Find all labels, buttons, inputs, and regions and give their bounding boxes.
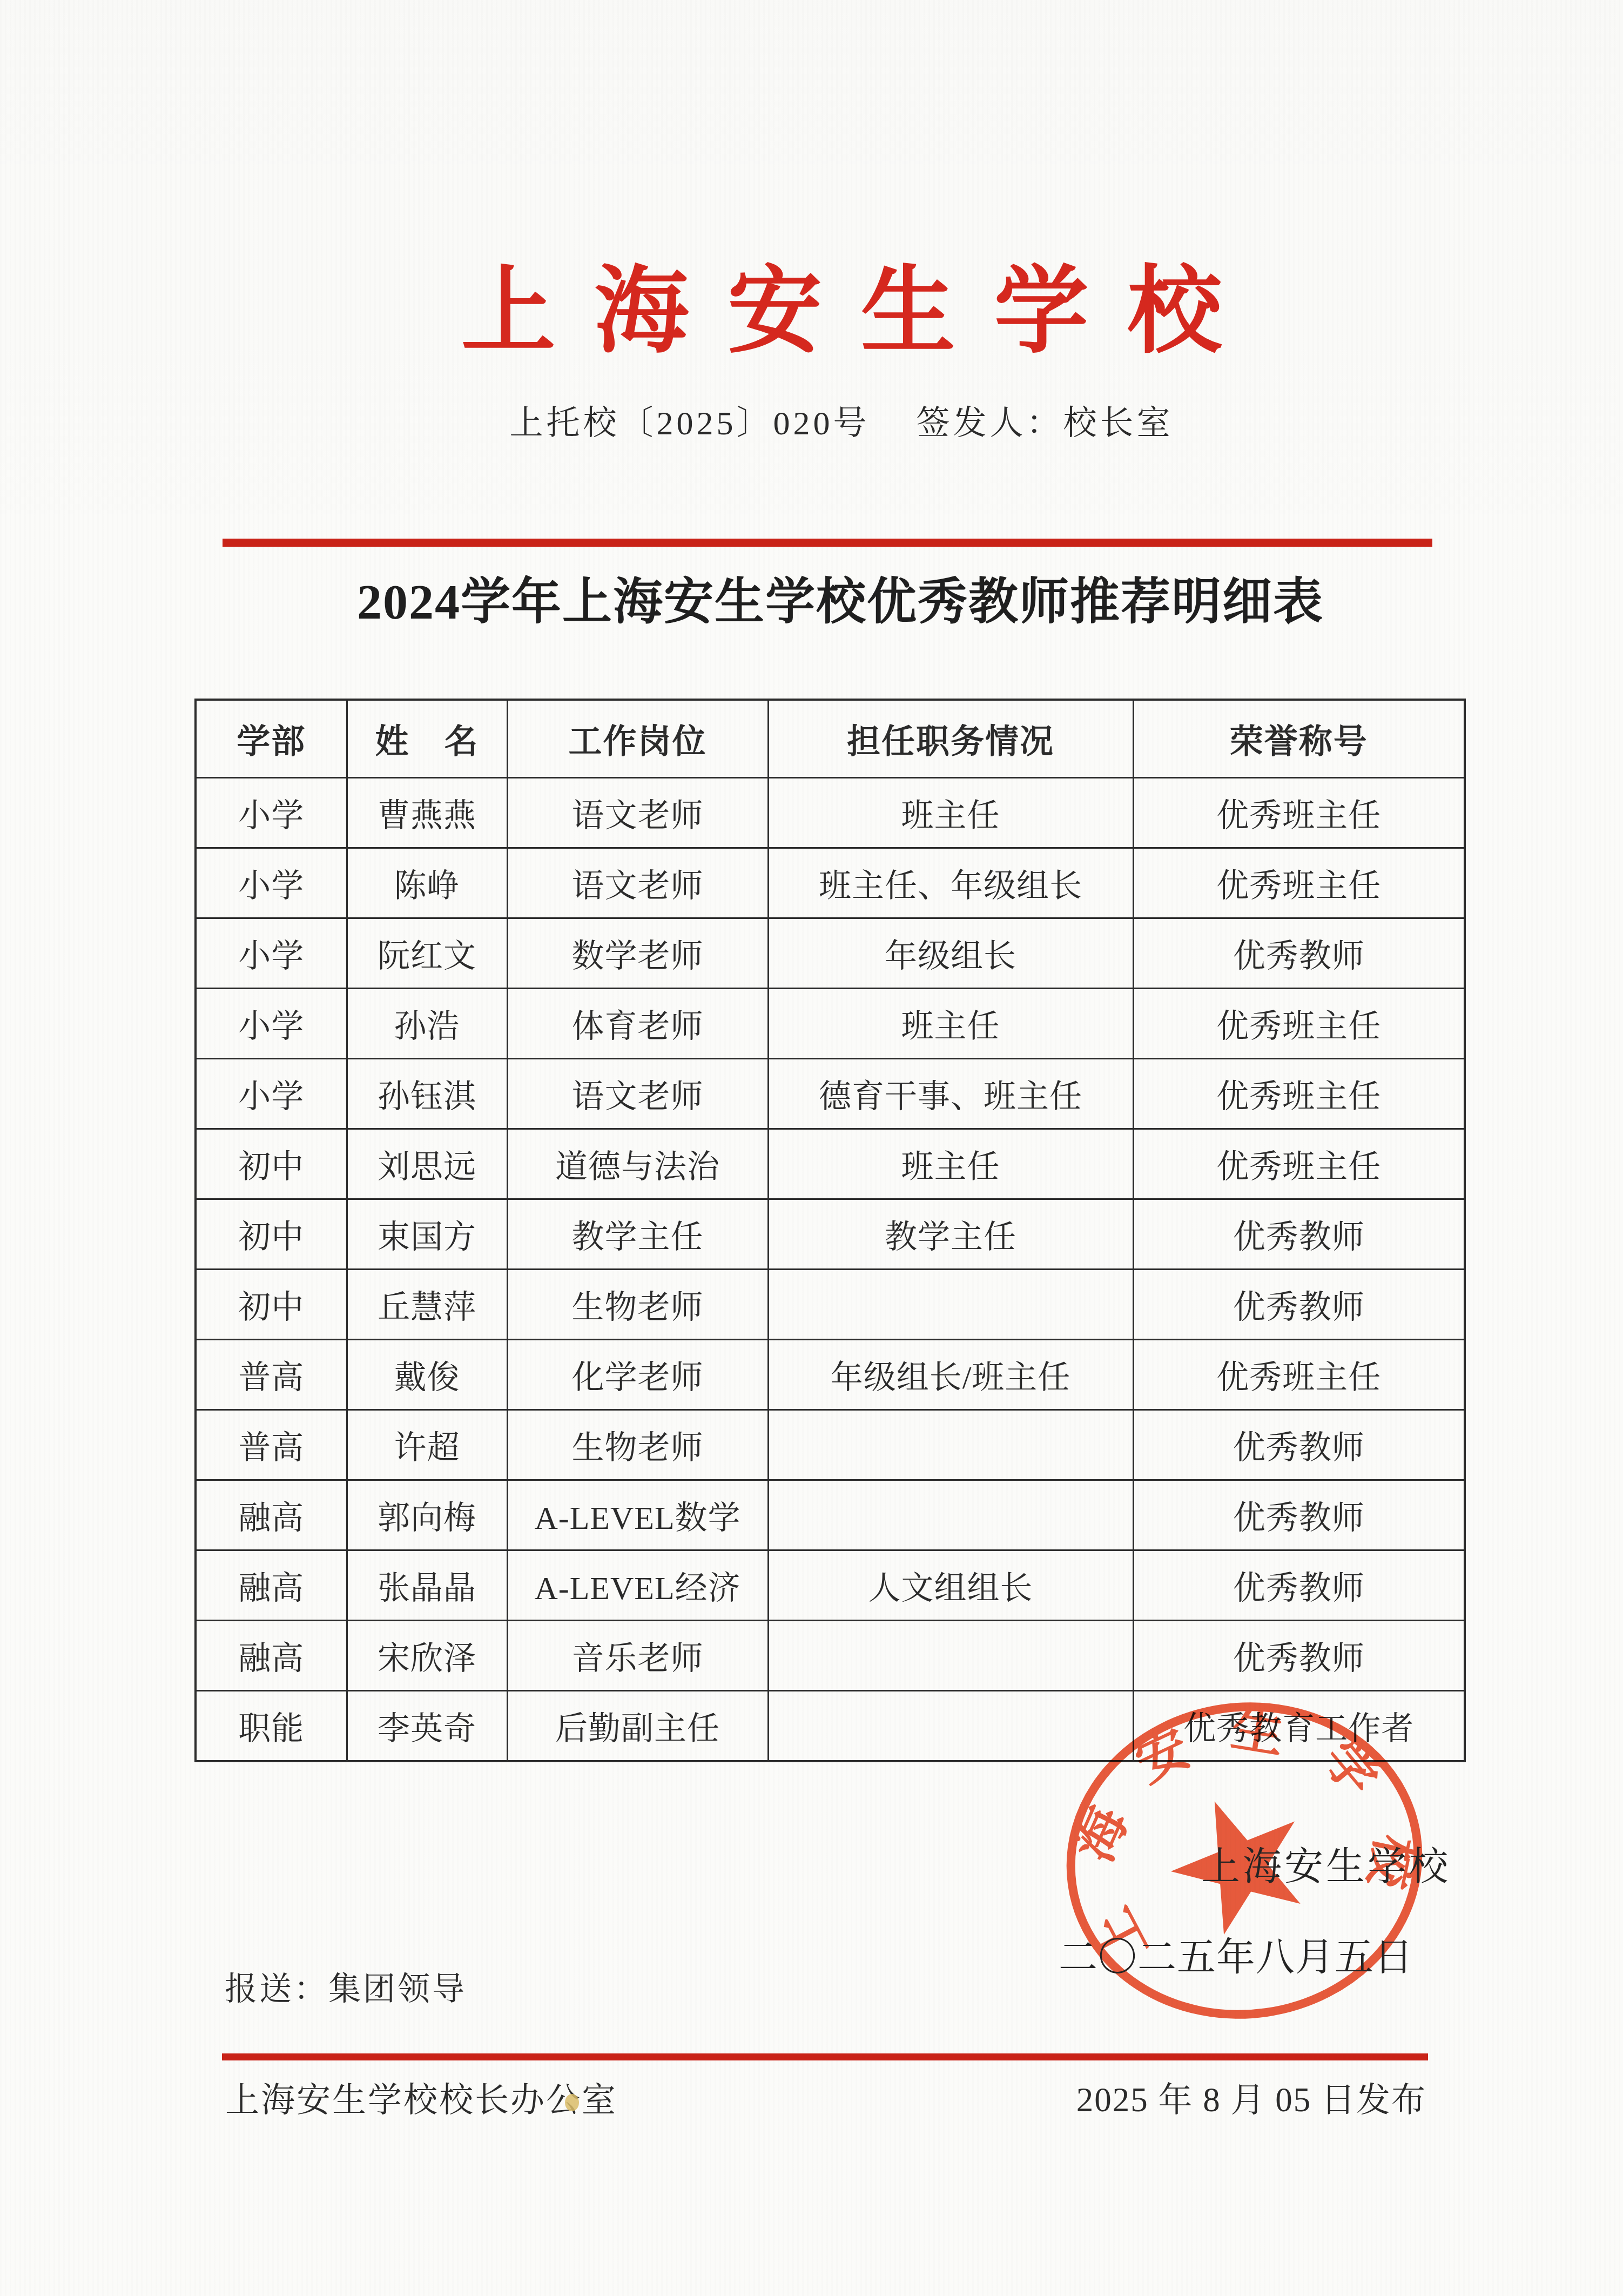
table-cell: 年级组长 bbox=[768, 918, 1133, 989]
table-cell: 班主任 bbox=[768, 778, 1133, 848]
table-cell: 教学主任 bbox=[507, 1199, 768, 1270]
table-cell: 生物老师 bbox=[507, 1410, 768, 1480]
table-cell: 化学老师 bbox=[507, 1340, 768, 1410]
column-header: 工作岗位 bbox=[507, 700, 768, 778]
signature-school-name: 上海安生学校 bbox=[1201, 1835, 1451, 1891]
table-cell: 优秀教师 bbox=[1133, 1199, 1465, 1270]
issuer-label: 签发人：校长室 bbox=[917, 405, 1174, 442]
table-row: 普高许超生物老师优秀教师 bbox=[196, 1410, 1465, 1480]
table-cell: 生物老师 bbox=[507, 1270, 768, 1340]
table-body: 小学曹燕燕语文老师班主任优秀班主任小学陈峥语文老师班主任、年级组长优秀班主任小学… bbox=[196, 778, 1465, 1762]
table-cell: 初中 bbox=[196, 1129, 347, 1199]
table-cell: 小学 bbox=[196, 918, 347, 989]
table-cell: 郭向梅 bbox=[347, 1480, 507, 1550]
masthead-red-rule bbox=[223, 539, 1432, 547]
footer-red-rule bbox=[222, 2053, 1428, 2060]
table-cell: 优秀教师 bbox=[1133, 1480, 1465, 1550]
table-cell: 优秀班主任 bbox=[1133, 1129, 1465, 1199]
table-cell: 优秀班主任 bbox=[1133, 989, 1465, 1059]
table-cell bbox=[768, 1410, 1133, 1480]
table-cell: 语文老师 bbox=[507, 778, 768, 848]
table-cell: 小学 bbox=[196, 778, 347, 848]
table-cell: 刘思远 bbox=[347, 1129, 507, 1199]
table-row: 小学陈峥语文老师班主任、年级组长优秀班主任 bbox=[196, 848, 1465, 918]
table-cell: 语文老师 bbox=[507, 848, 768, 918]
table-cell bbox=[768, 1621, 1133, 1691]
official-document-page: 上 海 安 生 学 校 上托校〔2025〕020号签发人：校长室 2024学年上… bbox=[0, 0, 1623, 2296]
table-cell: 班主任、年级组长 bbox=[768, 848, 1133, 918]
table-cell: 普高 bbox=[196, 1340, 347, 1410]
column-header: 担任职务情况 bbox=[768, 700, 1133, 778]
table-cell: 融高 bbox=[196, 1621, 347, 1691]
table-cell bbox=[768, 1480, 1133, 1550]
table-cell: 优秀教师 bbox=[1133, 1270, 1465, 1340]
table-cell: 孙浩 bbox=[347, 989, 507, 1059]
table-cell: 优秀班主任 bbox=[1133, 1059, 1465, 1129]
masthead-school-name: 上 海 安 生 学 校 bbox=[461, 236, 1230, 371]
table-cell: 丘慧萍 bbox=[347, 1270, 507, 1340]
table-row: 小学阮红文数学老师年级组长优秀教师 bbox=[196, 918, 1465, 989]
table-row: 小学曹燕燕语文老师班主任优秀班主任 bbox=[196, 778, 1465, 848]
table-cell: 陈峥 bbox=[347, 848, 507, 918]
footer-publish-date: 2025 年 8 月 05 日发布 bbox=[1076, 2072, 1426, 2122]
table-cell: 优秀教师 bbox=[1133, 1621, 1465, 1691]
table-cell: 班主任 bbox=[768, 989, 1133, 1059]
table-cell: 小学 bbox=[196, 848, 347, 918]
table-cell: 人文组组长 bbox=[768, 1550, 1133, 1621]
table-cell: A-LEVEL数学 bbox=[507, 1480, 768, 1550]
table-cell: 融高 bbox=[196, 1550, 347, 1621]
column-header: 荣誉称号 bbox=[1133, 700, 1465, 778]
table-cell: 融高 bbox=[196, 1480, 347, 1550]
table-row: 小学孙浩体育老师班主任优秀班主任 bbox=[196, 989, 1465, 1059]
table-cell: 阮红文 bbox=[347, 918, 507, 989]
footer-issuing-office: 上海安生学校校长办公室 bbox=[225, 2072, 617, 2122]
table-cell: 职能 bbox=[196, 1691, 347, 1762]
distribution-line: 报送：集团领导 bbox=[225, 1963, 467, 2010]
table-cell: 班主任 bbox=[768, 1129, 1133, 1199]
table-cell: 初中 bbox=[196, 1199, 347, 1270]
table-row: 融高郭向梅A-LEVEL数学优秀教师 bbox=[196, 1480, 1465, 1550]
table-row: 融高张晶晶A-LEVEL经济人文组组长优秀教师 bbox=[196, 1550, 1465, 1621]
table-cell: A-LEVEL经济 bbox=[507, 1550, 768, 1621]
table-cell: 曹燕燕 bbox=[347, 778, 507, 848]
table-cell: 优秀班主任 bbox=[1133, 848, 1465, 918]
table-cell: 优秀教师 bbox=[1133, 1410, 1465, 1480]
table-cell: 许超 bbox=[347, 1410, 507, 1480]
table-row: 初中刘思远道德与法治班主任优秀班主任 bbox=[196, 1129, 1465, 1199]
table-row: 小学孙钰淇语文老师德育干事、班主任优秀班主任 bbox=[196, 1059, 1465, 1129]
table-row: 初中束国方教学主任教学主任优秀教师 bbox=[196, 1199, 1465, 1270]
table-header-row: 学部姓 名工作岗位担任职务情况荣誉称号 bbox=[196, 700, 1465, 778]
table-cell: 小学 bbox=[196, 1059, 347, 1129]
table-cell: 优秀班主任 bbox=[1133, 1340, 1465, 1410]
table-cell: 孙钰淇 bbox=[347, 1059, 507, 1129]
table-cell: 德育干事、班主任 bbox=[768, 1059, 1133, 1129]
teacher-recommendation-table: 学部姓 名工作岗位担任职务情况荣誉称号 小学曹燕燕语文老师班主任优秀班主任小学陈… bbox=[194, 699, 1466, 1762]
table-cell bbox=[768, 1270, 1133, 1340]
column-header: 姓 名 bbox=[347, 700, 507, 778]
table-row: 初中丘慧萍生物老师优秀教师 bbox=[196, 1270, 1465, 1340]
table-cell: 戴俊 bbox=[347, 1340, 507, 1410]
table-cell: 束国方 bbox=[347, 1199, 507, 1270]
table-cell: 音乐老师 bbox=[507, 1621, 768, 1691]
table-row: 普高戴俊化学老师年级组长/班主任优秀班主任 bbox=[196, 1340, 1465, 1410]
table-cell: 教学主任 bbox=[768, 1199, 1133, 1270]
paper-speck-artifact bbox=[565, 2094, 579, 2111]
document-title: 2024学年上海安生学校优秀教师推荐明细表 bbox=[357, 562, 1324, 633]
table-cell: 优秀教师 bbox=[1133, 1550, 1465, 1621]
document-number-line: 上托校〔2025〕020号签发人：校长室 bbox=[509, 396, 1173, 444]
table-cell: 优秀班主任 bbox=[1133, 778, 1465, 848]
document-number: 上托校〔2025〕020号 bbox=[509, 405, 870, 442]
table-cell: 张晶晶 bbox=[347, 1550, 507, 1621]
table-cell: 道德与法治 bbox=[507, 1129, 768, 1199]
table-cell: 数学老师 bbox=[507, 918, 768, 989]
column-header: 学部 bbox=[196, 700, 347, 778]
table-cell: 李英奇 bbox=[347, 1691, 507, 1762]
table-cell: 小学 bbox=[196, 989, 347, 1059]
table-cell: 年级组长/班主任 bbox=[768, 1340, 1133, 1410]
table-cell: 后勤副主任 bbox=[507, 1691, 768, 1762]
signature-date: 二〇二五年八月五日 bbox=[1059, 1925, 1413, 1982]
table-cell: 普高 bbox=[196, 1410, 347, 1480]
table-cell: 语文老师 bbox=[507, 1059, 768, 1129]
table-row: 融高宋欣泽音乐老师优秀教师 bbox=[196, 1621, 1465, 1691]
table-cell: 优秀教师 bbox=[1133, 918, 1465, 989]
table-cell: 体育老师 bbox=[507, 989, 768, 1059]
table-cell: 宋欣泽 bbox=[347, 1621, 507, 1691]
table-cell: 初中 bbox=[196, 1270, 347, 1340]
